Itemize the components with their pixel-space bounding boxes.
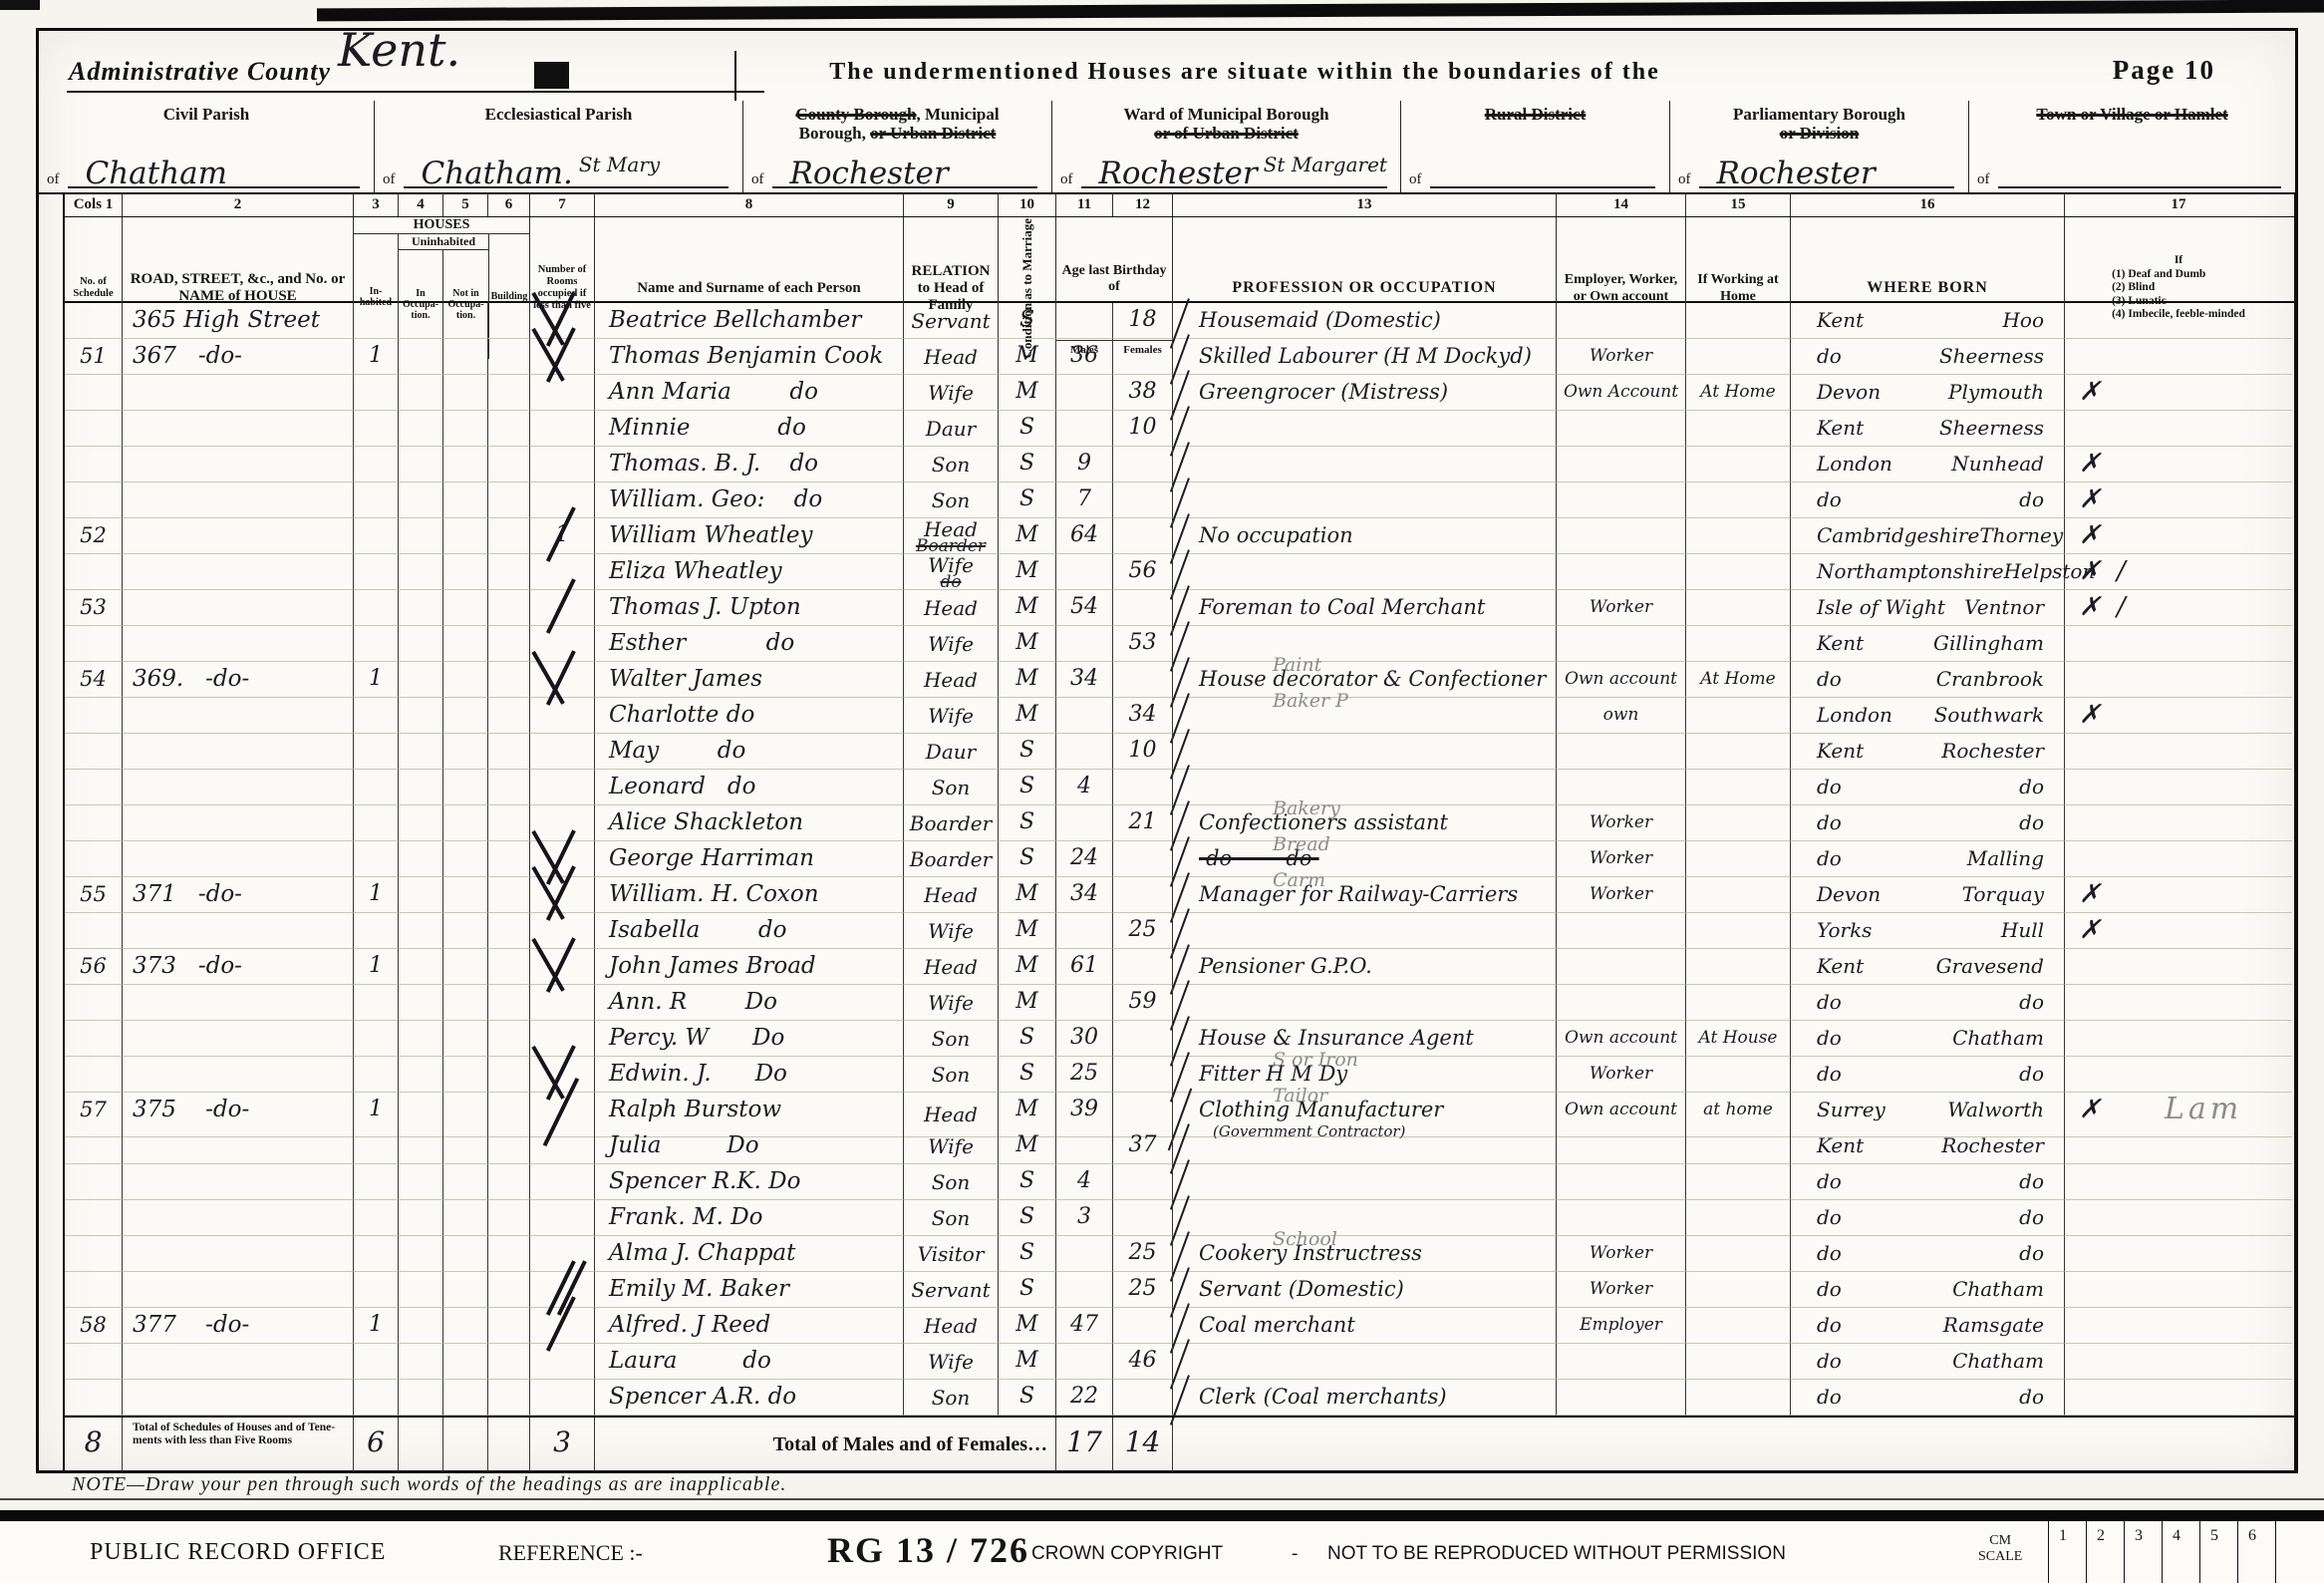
cell-occupation	[1173, 1344, 1557, 1380]
col-header-houses: HOUSES	[354, 217, 529, 234]
cell-schedule	[65, 1057, 123, 1093]
table-row: Edwin. J. DoSonS25Fitter H M DyS or Iron…	[65, 1057, 2294, 1093]
born-county: Kent	[1817, 1128, 1864, 1163]
cell-uninhabited-in-occupation	[399, 1272, 443, 1308]
cell-schedule	[65, 698, 123, 734]
cell-condition: S	[999, 805, 1056, 841]
table-row: Isabella doWifeM25YorksHull✗	[65, 913, 2294, 949]
relation-value: Wife	[904, 1136, 998, 1156]
cell-rooms	[530, 1344, 595, 1380]
cell-uninhabited-in-occupation	[399, 662, 443, 698]
born-place: Rochester	[1941, 1128, 2044, 1163]
cell-rooms	[530, 770, 595, 805]
column-number: 5	[443, 192, 488, 216]
relation-struck-value: Boarder	[904, 539, 998, 553]
table-row: Laura doWifeM46doChatham	[65, 1344, 2294, 1380]
cell-road	[123, 913, 354, 949]
cell-occupation: No occupation	[1173, 518, 1557, 554]
cell-inhabited	[354, 1236, 399, 1272]
cell-relation: Son	[904, 1380, 999, 1416]
cell-uninhabited-in-occupation	[399, 949, 443, 985]
table-row: Minnie doDaurS10KentSheerness	[65, 411, 2294, 447]
cell-uninhabited-not-in-occupation	[443, 1272, 488, 1308]
cell-where-born: KentRochester	[1791, 734, 2065, 770]
cell-working-at-home	[1686, 411, 1791, 447]
column-number: 10	[999, 192, 1056, 216]
cell-name: Edwin. J. Do	[595, 1057, 904, 1093]
ecclesiastical-parish-value-2: St Mary	[579, 153, 660, 176]
cell-inhabited	[354, 1380, 399, 1416]
cell-rooms	[530, 590, 595, 626]
relation-value: Head	[904, 1316, 998, 1336]
cell-relation: Daur	[904, 734, 999, 770]
cell-building	[488, 1021, 530, 1057]
cell-relation: Wife	[904, 1128, 999, 1164]
cell-road	[123, 447, 354, 482]
cell-schedule: 52	[65, 518, 123, 554]
col-header-uninhabited: Uninhabited	[399, 234, 488, 250]
cell-name: Spencer A.R. do	[595, 1380, 904, 1416]
cell-rooms	[530, 447, 595, 482]
cell-working-at-home: At House	[1686, 1021, 1791, 1057]
cell-schedule: 54	[65, 662, 123, 698]
relation-value: Wife	[904, 706, 998, 726]
cell-occupation	[1173, 482, 1557, 518]
town-village-label: Town or Village or Hamlet	[1969, 105, 2295, 124]
relation-value: Wife	[904, 383, 998, 403]
cell-occupation: House & Insurance Agent	[1173, 1021, 1557, 1057]
cell-road	[123, 1200, 354, 1236]
cell-age-female	[1113, 339, 1173, 375]
cell-building	[488, 1200, 530, 1236]
cell-uninhabited-not-in-occupation	[443, 913, 488, 949]
cell-condition: M	[999, 698, 1056, 734]
cell-where-born: dodo	[1791, 770, 2065, 805]
civil-parish-value: Chatham	[86, 160, 227, 186]
cell-rooms	[530, 734, 595, 770]
cell-schedule	[65, 985, 123, 1021]
cell-rooms	[530, 662, 595, 698]
cell-name: Esther do	[595, 626, 904, 662]
cell-rooms	[530, 1057, 595, 1093]
relation-value: Servant	[904, 1280, 998, 1300]
cell-working-at-home	[1686, 1308, 1791, 1344]
cell-occupation: Baker P	[1173, 698, 1557, 734]
table-row: 55371 -do-1William. H. CoxonHeadM34Manag…	[65, 877, 2294, 913]
rural-district-label: Rural District	[1401, 105, 1669, 124]
relation-value: Daur	[904, 419, 998, 439]
cell-uninhabited-in-occupation	[399, 1164, 443, 1200]
cell-occupation: Cookery InstructressSchool	[1173, 1236, 1557, 1272]
cell-rooms	[530, 626, 595, 662]
total-males-value: 17	[1056, 1418, 1113, 1471]
page-number: Page 10	[2113, 55, 2215, 86]
relation-value: Son	[904, 1065, 998, 1085]
born-county: Kent	[1817, 303, 1864, 338]
cell-age-male	[1056, 375, 1113, 411]
cell-employer-status	[1557, 518, 1686, 554]
cell-building	[488, 1308, 530, 1344]
born-county: do	[1817, 1308, 1842, 1343]
cell-building	[488, 411, 530, 447]
cell-employer-status	[1557, 554, 1686, 590]
table-row: Charlotte doWifeM34Baker PownLondonSouth…	[65, 698, 2294, 734]
born-place: Malling	[1967, 841, 2044, 876]
cell-age-female: 34	[1113, 698, 1173, 734]
relation-value: Wife	[904, 634, 998, 654]
cell-age-male: 36	[1056, 339, 1113, 375]
scale-tick: 4	[2162, 1521, 2199, 1583]
cell-working-at-home	[1686, 590, 1791, 626]
born-county: do	[1817, 1200, 1842, 1235]
cell-rooms: 1	[530, 518, 595, 554]
column-number: 14	[1557, 192, 1686, 216]
cell-occupation: -do- -do-Bread	[1173, 841, 1557, 877]
cell-uninhabited-not-in-occupation	[443, 303, 488, 339]
cell-relation: Daur	[904, 411, 999, 447]
born-place: do	[2019, 1200, 2044, 1235]
cell-uninhabited-not-in-occupation	[443, 949, 488, 985]
cell-inhabited	[354, 626, 399, 662]
cell-relation: Son	[904, 1057, 999, 1093]
born-place: Sheerness	[1939, 411, 2044, 446]
cell-employer-status: Own account	[1557, 1021, 1686, 1057]
total-row: 8 Total of Schedules of Houses and of Te…	[65, 1416, 2294, 1471]
cell-road	[123, 375, 354, 411]
cell-working-at-home	[1686, 447, 1791, 482]
cell-uninhabited-not-in-occupation	[443, 626, 488, 662]
cell-where-born: LondonNunhead	[1791, 447, 2065, 482]
cell-name: William Wheatley	[595, 518, 904, 554]
occupation-value: Clerk (Coal merchants)	[1199, 1385, 1447, 1409]
cell-name: Frank. M. Do	[595, 1200, 904, 1236]
cell-name: Emily M. Baker	[595, 1272, 904, 1308]
cell-inhabited	[354, 770, 399, 805]
cell-relation: Head	[904, 1308, 999, 1344]
cell-inhabited	[354, 518, 399, 554]
cell-employer-status	[1557, 949, 1686, 985]
footer-notice: NOT TO BE REPRODUCED WITHOUT PERMISSION	[1327, 1543, 1786, 1565]
born-county: Kent	[1817, 734, 1864, 769]
cell-building	[488, 518, 530, 554]
cell-occupation	[1173, 626, 1557, 662]
total-empty-cell	[399, 1418, 443, 1471]
cell-working-at-home	[1686, 1200, 1791, 1236]
cell-age-female	[1113, 770, 1173, 805]
cell-where-born: KentRochester	[1791, 1128, 2065, 1164]
cell-road	[123, 1128, 354, 1164]
cell-inhabited: 1	[354, 1308, 399, 1344]
cell-age-male: 54	[1056, 590, 1113, 626]
cell-age-male: 7	[1056, 482, 1113, 518]
cell-employer-status	[1557, 626, 1686, 662]
undermentioned-text: The undermentioned Houses are situate wi…	[826, 59, 1663, 86]
town-village-cell: Town or Village or Hamletof	[1969, 101, 2295, 192]
relation-value: Wife	[904, 993, 998, 1013]
cell-building	[488, 1344, 530, 1380]
cell-working-at-home	[1686, 1236, 1791, 1272]
cell-occupation: House decorator & ConfectionerPaint	[1173, 662, 1557, 698]
cell-uninhabited-in-occupation	[399, 1236, 443, 1272]
cell-uninhabited-in-occupation	[399, 1380, 443, 1416]
cell-employer-status	[1557, 734, 1686, 770]
total-inhabited-value: 6	[354, 1418, 399, 1471]
cell-relation: Wife	[904, 375, 999, 411]
cell-employer-status	[1557, 913, 1686, 949]
ward-cell: Ward of Municipal Boroughor of Urban Dis…	[1052, 101, 1401, 192]
cell-age-female: 21	[1113, 805, 1173, 841]
cell-occupation: Pensioner G.P.O.	[1173, 949, 1557, 985]
cell-condition: S	[999, 1200, 1056, 1236]
cell-condition: M	[999, 949, 1056, 985]
scale-tick-end	[2275, 1521, 2324, 1583]
cell-condition: M	[999, 1128, 1056, 1164]
cell-schedule	[65, 1128, 123, 1164]
cell-rooms	[530, 411, 595, 447]
cell-uninhabited-in-occupation	[399, 1344, 443, 1380]
cell-employer-status	[1557, 1380, 1686, 1416]
cell-name: Thomas Benjamin Cook	[595, 339, 904, 375]
cell-uninhabited-in-occupation	[399, 841, 443, 877]
cell-road	[123, 590, 354, 626]
cell-age-female	[1113, 1164, 1173, 1200]
col-header-infirmity-item: (2) Blind	[2112, 281, 2245, 295]
cell-uninhabited-not-in-occupation	[443, 1344, 488, 1380]
cell-road	[123, 805, 354, 841]
column-number: 15	[1686, 192, 1791, 216]
cell-relation: Boarder	[904, 805, 999, 841]
cell-building	[488, 447, 530, 482]
cell-age-female	[1113, 590, 1173, 626]
table-row: 54369. -do-1Walter JamesHeadM34House dec…	[65, 662, 2294, 698]
relation-value: Head	[904, 598, 998, 618]
cell-where-born: dodo	[1791, 985, 2065, 1021]
table-row: 51367 -do-1Thomas Benjamin CookHeadM36Sk…	[65, 339, 2294, 375]
total-males-females-label: Total of Males and of Females…	[595, 1418, 1056, 1471]
cell-relation: Head	[904, 662, 999, 698]
scan-artifact-top	[317, 0, 2324, 21]
cell-relation: Son	[904, 447, 999, 482]
table-row: Julia DoWifeM37KentRochester	[65, 1128, 2294, 1164]
cell-age-male: 3	[1056, 1200, 1113, 1236]
cell-building	[488, 770, 530, 805]
cell-name: Thomas. B. J. do	[595, 447, 904, 482]
cell-uninhabited-not-in-occupation	[443, 1164, 488, 1200]
admin-county-rule	[67, 91, 764, 93]
cell-inhabited: 1	[354, 949, 399, 985]
cell-occupation	[1173, 985, 1557, 1021]
ecclesiastical-parish-cell: Ecclesiastical ParishofChatham.St Mary	[375, 101, 743, 192]
cell-condition: M	[999, 913, 1056, 949]
scan-artifact-corner	[0, 0, 40, 10]
born-place: Gillingham	[1933, 626, 2044, 661]
cell-infirmity	[2065, 1021, 2292, 1057]
cell-name: Minnie do	[595, 411, 904, 447]
cell-relation: Wife	[904, 1344, 999, 1380]
cell-uninhabited-in-occupation	[399, 626, 443, 662]
census-scan-page: Administrative County Kent. The undermen…	[0, 0, 2324, 1583]
cell-inhabited	[354, 554, 399, 590]
cell-age-female: 53	[1113, 626, 1173, 662]
cell-building	[488, 554, 530, 590]
footer-copyright: CROWN COPYRIGHT	[1031, 1543, 1223, 1565]
cell-age-female	[1113, 877, 1173, 913]
cell-schedule: 58	[65, 1308, 123, 1344]
cell-relation: Boarder	[904, 841, 999, 877]
cell-building	[488, 662, 530, 698]
cell-inhabited	[354, 841, 399, 877]
cell-age-female	[1113, 1057, 1173, 1093]
cell-road	[123, 1344, 354, 1380]
cell-building	[488, 482, 530, 518]
cell-building	[488, 734, 530, 770]
cell-schedule: 51	[65, 339, 123, 375]
admin-county-label: Administrative County	[69, 57, 331, 87]
cell-age-male: 34	[1056, 877, 1113, 913]
cell-relation: Son	[904, 770, 999, 805]
cell-occupation	[1173, 770, 1557, 805]
cell-road	[123, 985, 354, 1021]
cell-age-male	[1056, 698, 1113, 734]
cell-rooms	[530, 1236, 595, 1272]
cell-building	[488, 949, 530, 985]
footer-scale-cm: CM	[1989, 1533, 2011, 1548]
parliamentary-borough-label: Parliamentary Boroughor Division	[1670, 105, 1968, 143]
cell-working-at-home	[1686, 1057, 1791, 1093]
cell-condition: M	[999, 554, 1056, 590]
cell-occupation: Housemaid (Domestic)	[1173, 303, 1557, 339]
relation-value: Head	[904, 670, 998, 690]
occupation-value: Pensioner G.P.O.	[1199, 954, 1372, 978]
census-form: Administrative County Kent. The undermen…	[36, 28, 2298, 1473]
born-county: do	[1817, 1272, 1842, 1307]
cell-uninhabited-not-in-occupation	[443, 1236, 488, 1272]
cell-uninhabited-not-in-occupation	[443, 698, 488, 734]
cell-age-female: 25	[1113, 913, 1173, 949]
cell-age-male: 64	[1056, 518, 1113, 554]
cell-where-born: Isle of WightVentnor	[1791, 590, 2065, 626]
cell-relation: Son	[904, 1021, 999, 1057]
cell-condition: S	[999, 1057, 1056, 1093]
footer-scale-ruler: 123456	[2048, 1521, 2324, 1583]
cell-building	[488, 1272, 530, 1308]
archive-footer: PUBLIC RECORD OFFICE REFERENCE :- RG 13 …	[0, 1521, 2324, 1583]
cell-occupation	[1173, 1164, 1557, 1200]
cell-infirmity	[2065, 1128, 2292, 1164]
cell-condition: S	[999, 841, 1056, 877]
cell-uninhabited-not-in-occupation	[443, 1308, 488, 1344]
born-place: do	[2019, 482, 2044, 517]
footer-office: PUBLIC RECORD OFFICE	[90, 1539, 386, 1566]
cell-uninhabited-in-occupation	[399, 698, 443, 734]
column-number: 16	[1791, 192, 2065, 216]
cell-building	[488, 841, 530, 877]
cell-relation: Wife	[904, 626, 999, 662]
total-rooms-value: 3	[530, 1418, 595, 1471]
cell-inhabited	[354, 1272, 399, 1308]
cell-infirmity	[2065, 1380, 2292, 1416]
cell-relation: Son	[904, 1200, 999, 1236]
cell-working-at-home	[1686, 770, 1791, 805]
born-county: do	[1817, 985, 1842, 1020]
col-header-infirmity-item: (1) Deaf and Dumb	[2112, 268, 2245, 282]
cell-condition: M	[999, 1308, 1056, 1344]
cell-inhabited	[354, 447, 399, 482]
cell-name: William. Geo: do	[595, 482, 904, 518]
cell-employer-status: Own account	[1557, 662, 1686, 698]
total-empty-cell	[488, 1418, 530, 1471]
cell-inhabited	[354, 303, 399, 339]
cell-uninhabited-in-occupation	[399, 1128, 443, 1164]
occupation-pencil-note: Paint	[1273, 648, 1321, 682]
cell-age-male	[1056, 411, 1113, 447]
born-county: do	[1817, 662, 1842, 697]
footer-reference-label: REFERENCE :-	[498, 1540, 643, 1566]
cell-rooms	[530, 1380, 595, 1416]
cell-uninhabited-in-occupation	[399, 411, 443, 447]
cell-infirmity: ✗	[2065, 518, 2292, 554]
relation-value: Son	[904, 455, 998, 475]
relation-value: Wife	[904, 921, 998, 941]
cell-uninhabited-not-in-occupation	[443, 518, 488, 554]
cell-working-at-home	[1686, 518, 1791, 554]
cell-name: Charlotte do	[595, 698, 904, 734]
occupation-value: Skilled Labourer (H M Dockyd)	[1199, 344, 1532, 368]
table-row: 365 High StreetBeatrice BellchamberServa…	[65, 303, 2294, 339]
cell-age-male	[1056, 303, 1113, 339]
cell-relation: Wife	[904, 913, 999, 949]
cell-relation: Servant	[904, 303, 999, 339]
cell-inhabited: 1	[354, 339, 399, 375]
cell-infirmity: ✗ /	[2065, 554, 2292, 590]
cell-inhabited	[354, 590, 399, 626]
cell-building	[488, 626, 530, 662]
cell-age-female	[1113, 1200, 1173, 1236]
cell-age-female	[1113, 518, 1173, 554]
born-place: do	[2019, 1380, 2044, 1415]
table-header-row: No. of Schedule ROAD, STREET, &c., and N…	[65, 217, 2294, 303]
cell-uninhabited-not-in-occupation	[443, 841, 488, 877]
cell-where-born: KentHoo	[1791, 303, 2065, 339]
cell-condition: M	[999, 375, 1056, 411]
cell-age-male: 47	[1056, 1308, 1113, 1344]
table-row: Alma J. ChappatVisitorS25Cookery Instruc…	[65, 1236, 2294, 1272]
cell-age-male	[1056, 554, 1113, 590]
cell-employer-status	[1557, 1344, 1686, 1380]
cell-employer-status	[1557, 1128, 1686, 1164]
cell-infirmity: ✗	[2065, 375, 2292, 411]
born-place: Chatham	[1952, 1344, 2044, 1379]
cell-age-female	[1113, 841, 1173, 877]
cell-where-born: NorthamptonshireHelpston	[1791, 554, 2065, 590]
cell-working-at-home	[1686, 805, 1791, 841]
born-county: do	[1817, 1164, 1842, 1199]
cell-infirmity	[2065, 805, 2292, 841]
separator-thin	[0, 1498, 2324, 1500]
cell-working-at-home	[1686, 877, 1791, 913]
cell-schedule	[65, 1200, 123, 1236]
cell-schedule	[65, 734, 123, 770]
scale-tick: 6	[2237, 1521, 2275, 1583]
cell-inhabited	[354, 1344, 399, 1380]
civil-parish-label: Civil Parish	[39, 105, 374, 124]
cell-age-male: 4	[1056, 770, 1113, 805]
cell-infirmity: ✗	[2065, 482, 2292, 518]
cell-where-born: dodo	[1791, 1200, 2065, 1236]
cell-age-male	[1056, 626, 1113, 662]
born-place: Chatham	[1952, 1272, 2044, 1307]
occupation-pencil-note: School	[1273, 1222, 1337, 1256]
